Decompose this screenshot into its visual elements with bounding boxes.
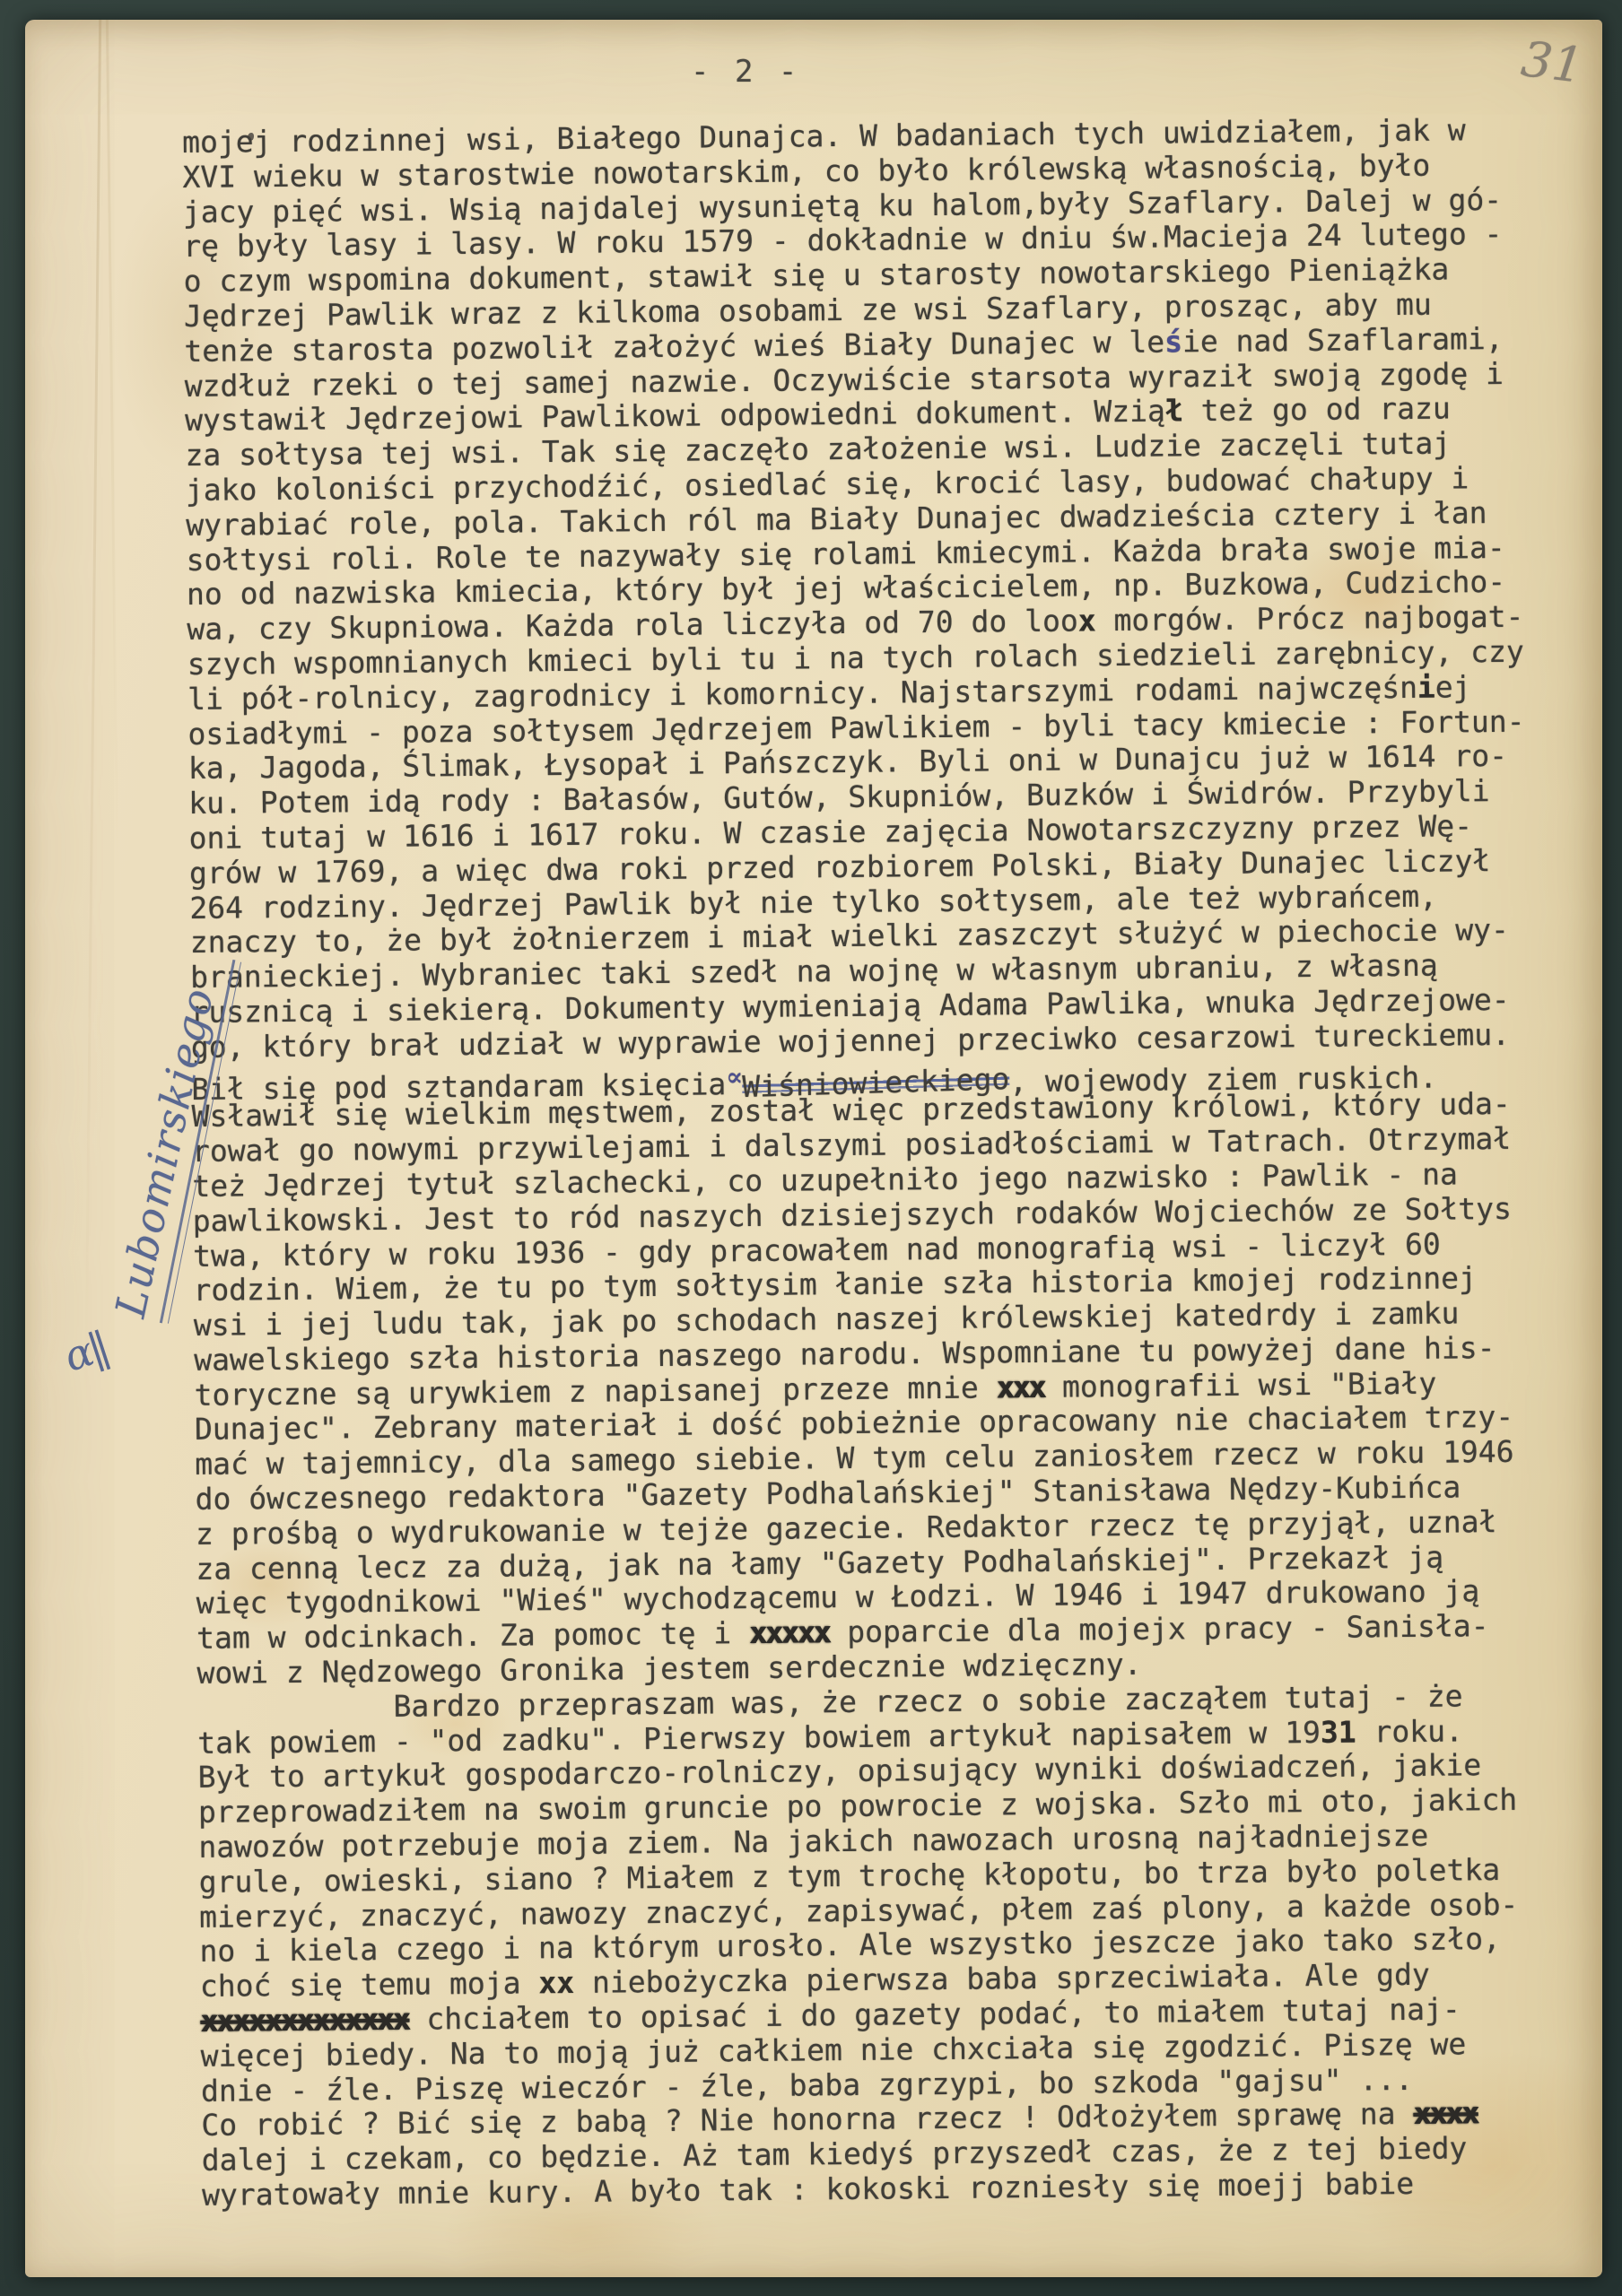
- margin-proof-mark: α‖: [58, 1322, 113, 1381]
- typed-overstrike: xxxxxxxxxxxxx: [200, 2002, 409, 2039]
- paper-crease: [106, 20, 119, 923]
- typed-text-block: mojej rodzinnej wsi, Białego Dunajca. W …: [182, 112, 1601, 2213]
- page-number: - 2 -: [691, 54, 800, 90]
- typed-text: monografii wsi "Biały: [1044, 1365, 1436, 1404]
- handwritten-folio-number: 31: [1518, 30, 1586, 94]
- document-page: - 2 - 31 mojej rodzinnej wsi, Białego Du…: [25, 20, 1602, 2277]
- typed-text: poparcie dla mojejx pracy - Sanisła-: [829, 1608, 1488, 1649]
- typed-overstrike: i: [1417, 669, 1435, 704]
- typed-overstrike: xxxxx: [749, 1614, 830, 1650]
- typed-overstrike: x: [1078, 603, 1096, 638]
- typed-text: tam w odcinkach. Za pomoc tę i: [196, 1615, 749, 1656]
- typed-text: roku.: [1356, 1713, 1463, 1749]
- typed-text: morgów. Prócz najbogat-: [1095, 599, 1523, 639]
- ink-corrected-char: ś: [1164, 324, 1182, 359]
- typed-text: też go od razu: [1183, 391, 1451, 429]
- paper-crease: [84, 20, 101, 1419]
- typed-overstrike: xxx: [996, 1370, 1044, 1405]
- typed-text: choć się temu moja: [200, 1966, 539, 2005]
- typed-overstrike: xxxx: [1413, 2096, 1478, 2132]
- typed-overstrike: 31: [1321, 1714, 1356, 1749]
- typed-text: ej: [1435, 669, 1471, 704]
- typed-overstrike: ł: [1165, 394, 1183, 429]
- typed-overstrike: xx: [538, 1965, 574, 2000]
- ink-insert-mark: ∝: [726, 1062, 742, 1091]
- typed-text: ie nad Szaflarami,: [1182, 321, 1504, 359]
